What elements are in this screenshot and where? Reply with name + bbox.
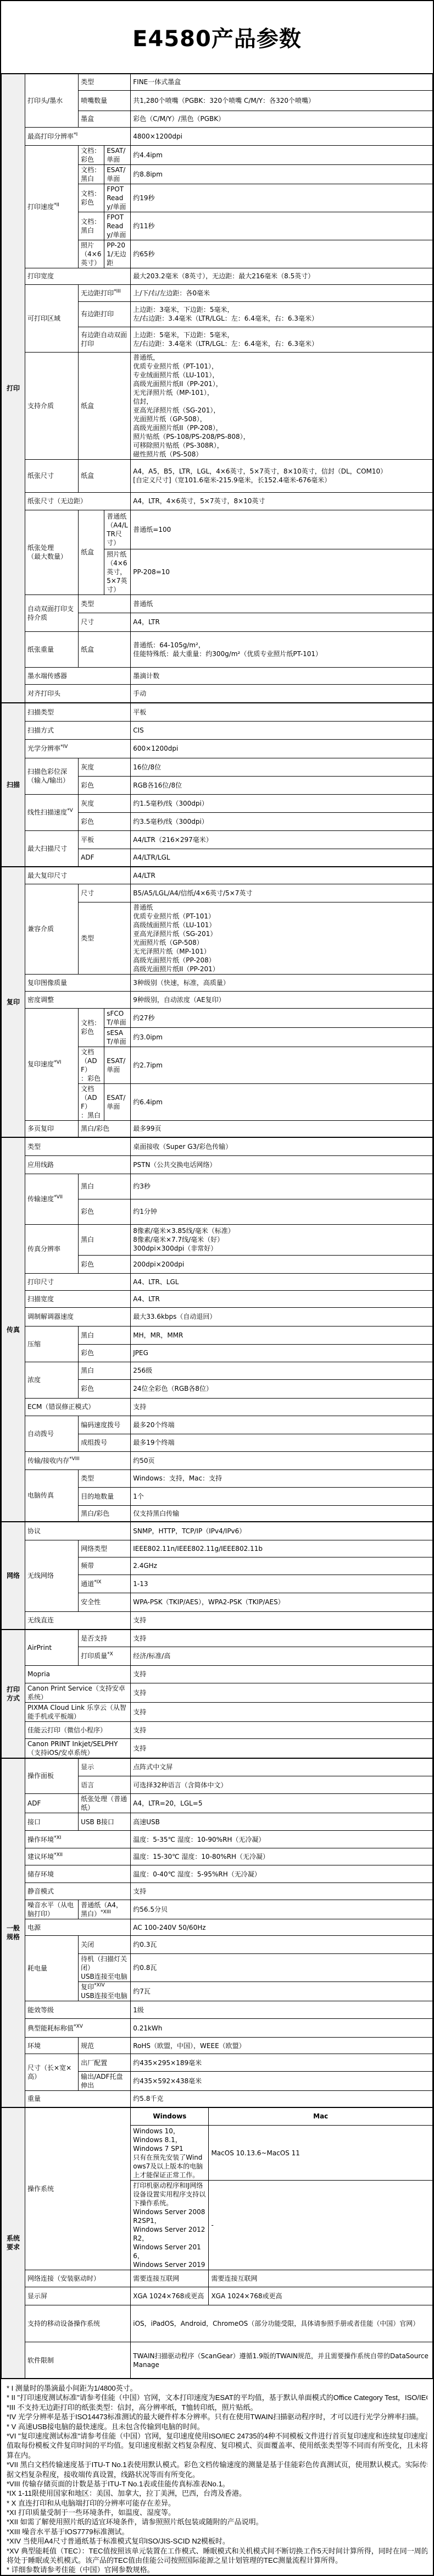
- spec-value-cell: 普通纸 优质专业照片纸（PT-101） 高级绒面照片纸（LU-101） 亚高光泽…: [131, 902, 433, 974]
- spec-label-cell: 纸张处理（普通纸）: [79, 1794, 131, 1813]
- spec-value-cell: 0.21kWh: [131, 2019, 433, 2038]
- spec-label-cell: 尺寸（长×宽×高）: [25, 2054, 79, 2091]
- spec-label-cell: 自动拨号: [25, 1416, 79, 1451]
- spec-label-cell: 彩色: [79, 1379, 131, 1398]
- table-row: 网络协议SNMP，HTTP，TCP/IP（IPv4/IPv6）: [2, 1522, 433, 1540]
- spec-value-cell: 桌面接收（Super G3/彩色传输）: [131, 1137, 433, 1155]
- spec-label-cell: ESAT/单面: [104, 1047, 131, 1083]
- table-row: 多页复印黑白/彩色最多99页: [2, 1120, 433, 1137]
- spec-label-cell: 网络连接（安装驱动时）: [25, 2270, 131, 2287]
- spec-label-cell: 传输速度*VII: [25, 1174, 79, 1224]
- spec-value-cell: 约3.5毫秒/线（300dpi）: [131, 812, 433, 830]
- spec-label-cell: 打印头/墨水: [25, 74, 79, 127]
- table-row: 密度调整9种级别，自动浓度（AE复印）: [2, 991, 433, 1008]
- spec-label-cell: 尺寸: [79, 613, 131, 631]
- footnote-line: *VII 黑白文档传输速度基于ITU-T No.1表使用默认模式。彩色文档传输速…: [7, 2460, 427, 2469]
- spec-value-cell: 彩色（C/M/Y）/黑色（PGBK）: [131, 111, 433, 127]
- spec-value-cell: SNMP，HTTP，TCP/IP（IPv4/IPv6）: [131, 1522, 433, 1540]
- spec-label-cell: 黑白: [79, 1174, 131, 1199]
- spec-label-cell: 类型: [79, 902, 131, 974]
- table-row: 一般规格操作面板显示点阵式中文屏: [2, 1758, 433, 1776]
- spec-value-cell: 共1,280个喷嘴（PGBK：320个喷嘴 C/M/Y：各320个喷嘴）: [131, 90, 433, 111]
- category-cell: 扫描: [2, 703, 25, 867]
- footnote-line: 算在内。: [7, 2451, 427, 2460]
- spec-label-cell: 复印图像质量: [25, 974, 131, 991]
- spec-label-cell: 压缩: [25, 1326, 79, 1362]
- spec-label-cell: 接口: [25, 1813, 79, 1831]
- footnote-marker: *XIII: [101, 1909, 111, 1915]
- footnote-line: 据文档复杂程度，接收端传真设置，线路状况等而有所变化。: [7, 2470, 427, 2479]
- spec-value-cell: -: [209, 2181, 433, 2270]
- spec-label-cell: 纸盒: [79, 459, 131, 492]
- table-row: 网络连接（安装驱动时）需要连接互联网需要连接互联网: [2, 2270, 433, 2287]
- table-row: 支持介质纸盒普通纸， 优质专业照片纸（PT-101）， 专业绒面照片纸（LU-1…: [2, 352, 433, 459]
- spec-value-cell: iOS，iPadOS，Android，ChromeOS（部分功能受限，具体请参照…: [131, 2305, 433, 2342]
- table-row: 应用线路PSTN（公共交换电话网络）: [2, 1155, 433, 1174]
- spec-value-cell: 约4.4ipm: [131, 145, 433, 164]
- footnote-line: *XI 打印质量受制于一些环境条件，如温度、湿度等。: [7, 2508, 427, 2517]
- footnote-marker: *XV: [74, 2024, 83, 2029]
- spec-label-cell: 尺寸: [79, 884, 131, 902]
- spec-value-cell: A4/LTR（216×297毫米）: [131, 830, 433, 849]
- footnote-marker: *VI: [54, 1060, 61, 1065]
- table-row: 建议环境*XII温度：15-30℃ 湿度：10-80%RH（无冷凝）: [2, 1848, 433, 1865]
- category-cell: 系统要求: [2, 2107, 25, 2379]
- spec-sheet-page: E4580产品参数 打印打印头/墨水类型FINE一体式墨盒喷嘴数量共1,280个…: [0, 0, 434, 2576]
- spec-label-cell: 复印速度*VI: [25, 1008, 79, 1120]
- spec-value-cell: 约3秒: [131, 1174, 433, 1199]
- spec-label-cell: USB B接口: [79, 1813, 131, 1831]
- spec-label-cell: 纸盒: [79, 352, 131, 459]
- spec-value-cell: 支持: [131, 1721, 433, 1738]
- footnote-line: * II "打印速度测试标准"请参考佳能（中国）官网，文本打印速度为ESAT的平…: [7, 2393, 427, 2402]
- table-row: 纸张尺寸纸盒A4，A5，B5，LTR，LGL，4×6英寸，5×7英寸，8×10英…: [2, 459, 433, 492]
- spec-value-cell: 上/下/右/左边距：各0毫米: [131, 284, 433, 301]
- spec-label-cell: 黑白: [79, 1362, 131, 1379]
- footnote-line: *III 不支持无边距打印的纸张类型：信封，高分辨率纸，T恤转印纸，照片贴纸。: [7, 2403, 427, 2412]
- spec-label-cell: 安全性: [79, 1593, 131, 1611]
- spec-label-cell: 可打印区域: [25, 284, 79, 352]
- spec-value-cell: 最大33.6kbps（自动退回）: [131, 1307, 433, 1326]
- footnote-marker: *IV: [60, 744, 68, 750]
- spec-label-cell: 传真分辨率: [25, 1224, 79, 1273]
- spec-label-cell: 电源: [25, 1919, 131, 1936]
- spec-value-cell: 约65秒: [131, 240, 433, 268]
- table-row: 环境规范RoHS（欧盟，中国），WEEE（欧盟）: [2, 2038, 433, 2054]
- spec-value-cell: 1-13: [131, 1575, 433, 1593]
- spec-label-cell: 打印尺寸: [25, 1273, 131, 1290]
- spec-label-cell: 类型: [79, 595, 131, 613]
- footnote-line: * 详细参数请参考佳能（中国）官网参数规格。: [7, 2565, 427, 2574]
- spec-label-cell: 无边距打印*III: [79, 284, 131, 301]
- spec-value-cell: B5/A5/LGL/A4/信纸/4×6英寸/5×7英寸: [131, 884, 433, 902]
- spec-value-cell: 温度：15-30℃ 湿度：10-80%RH（无冷凝）: [131, 1848, 433, 1865]
- spec-value-cell: 256级: [131, 1362, 433, 1379]
- footnote-line: * X 直连打印和从电脑端打印的分辨率可能存在差异。: [7, 2498, 427, 2508]
- spec-label-cell: 打印宽度: [25, 268, 131, 284]
- spec-label-cell: Canon Print Service（支持安卓系统）: [25, 1683, 131, 1702]
- spec-value-cell: 约11秒: [131, 212, 433, 240]
- spec-value-cell: 最多19个终端: [131, 1434, 433, 1451]
- table-row: 电脑传真类型Windows：支持，Mac：支持: [2, 1469, 433, 1487]
- table-row: PIXMA Cloud Link 乐享云（从智能手机或平板端）支持: [2, 1702, 433, 1721]
- table-row: 操作环境*XI温度：5-35℃ 湿度：10-90%RH（无冷凝）: [2, 1831, 433, 1848]
- spec-value-cell: PSTN（公共交换电话网络）: [131, 1155, 433, 1174]
- spec-value-cell: 支持: [131, 1702, 433, 1721]
- spec-label-cell: 自动双面打印支持介质: [25, 595, 79, 631]
- spec-label-cell: 扫描宽度: [25, 1290, 131, 1307]
- footnote-line: *VI "复印速度测试标准"请参考佳能（中国）官网，复印速度使用ISO/IEC …: [7, 2431, 427, 2441]
- spec-label-cell: 重量: [25, 2091, 131, 2107]
- table-row: 接口USB B接口高速USB: [2, 1813, 433, 1831]
- spec-label-cell: 规范: [79, 2038, 131, 2054]
- spec-value-cell: 约50页: [131, 1451, 433, 1469]
- spec-label-cell: 典型能耗标称值*XV: [25, 2019, 131, 2038]
- spec-value-cell: AC 100-240V 50/60Hz: [131, 1919, 433, 1936]
- spec-value-cell: 支持: [131, 1683, 433, 1702]
- spec-value-cell: 最多20个终端: [131, 1416, 433, 1434]
- spec-label-cell: 扫描类型: [25, 703, 131, 721]
- spec-value-cell: 3种级别（快速，标准，高质量）: [131, 974, 433, 991]
- spec-label-cell: 显示: [79, 1758, 131, 1776]
- table-row: 无线网络网络类型IEEE802.11n/IEEE802.11g/IEEE802.…: [2, 1540, 433, 1557]
- spec-label-cell: ADF: [79, 849, 131, 867]
- table-row: 可打印区域无边距打印*III上/下/右/左边距：各0毫米: [2, 284, 433, 301]
- spec-label-cell: 输出/ADF托盘伸出: [79, 2072, 131, 2091]
- spec-label-cell: 普通纸 （A4/LTR尺寸）: [104, 510, 131, 549]
- table-row: 软件限制TWAIN扫描驱动程序（ScanGear）遵循1.9版的TWAIN规范，…: [2, 2342, 433, 2379]
- spec-label-cell: 线性扫描速度*V: [25, 794, 79, 830]
- footnote-line: 将处于睡眠或关机模式。该产品的TEC值由佳能公司按照国际能源之星计划管理的TEC…: [7, 2556, 427, 2565]
- spec-label-cell: Canon PRINT Inkjet/SELPHY （支持iOS/安卓系统）: [25, 1738, 131, 1758]
- spec-value-cell: CIS: [131, 721, 433, 739]
- spec-label-cell: 扫描方式: [25, 721, 131, 739]
- table-row: 复印图像质量3种级别（快速，标准，高质量）: [2, 974, 433, 991]
- table-row: 无线直连支持: [2, 1611, 433, 1630]
- spec-value-cell: 8像素/毫米×3.85线/毫米（标准） 8像素/毫米×7.7线/毫米（好） 30…: [131, 1224, 433, 1255]
- spec-label-cell: 照片纸（4×6英寸，5×7英寸）: [104, 549, 131, 595]
- spec-label-cell: 静音模式: [25, 1883, 131, 1900]
- spec-label-cell: 语言: [79, 1776, 131, 1794]
- spec-label-cell: ECM（错误修正模式）: [25, 1398, 131, 1416]
- spec-label-cell: 协议: [25, 1522, 131, 1540]
- spec-value-cell: RGB各16位/8位: [131, 776, 433, 794]
- table-row: 重量约5.8千克: [2, 2091, 433, 2107]
- table-row: 纸张重量纸盒普通纸：64-105g/m²， 佳能特殊纸：最大重量：约300g/m…: [2, 631, 433, 667]
- spec-label-cell: 最大扫描尺寸: [25, 830, 79, 867]
- spec-label-cell: 操作系统: [25, 2107, 131, 2270]
- spec-value-cell: 支持: [131, 1738, 433, 1758]
- spec-value-cell: FINE一体式墨盒: [131, 74, 433, 90]
- spec-value-cell: 约1分钟: [131, 1199, 433, 1224]
- spec-value-cell: 约1.5毫秒/线（300dpi）: [131, 794, 433, 812]
- spec-label-cell: 多页复印: [25, 1120, 79, 1137]
- spec-label-cell: sFCOT/单面: [104, 1008, 131, 1027]
- table-row: 传真类型桌面接收（Super G3/彩色传输）: [2, 1137, 433, 1155]
- spec-value-cell: 约3.0ipm: [131, 1027, 433, 1047]
- spec-label-cell: Windows 10， Windows 8.1， Windows 7 SP1 只…: [131, 2126, 209, 2181]
- spec-label-cell: 彩色: [79, 1199, 131, 1224]
- spec-value-cell: 支持: [131, 1398, 433, 1416]
- spec-label-cell: 最高打印分辨率*I: [25, 127, 131, 145]
- category-cell: 网络: [2, 1522, 25, 1630]
- spec-label-cell: 普通纸（A4，黑白）*XIII: [79, 1900, 131, 1919]
- os-header-cell: Windows: [131, 2107, 209, 2126]
- spec-value-cell: 约6.4ipm: [131, 1083, 433, 1120]
- spec-value-cell: A4、LTR、LGL: [131, 1273, 433, 1290]
- table-row: 尺寸（长×宽×高）出厂配置约435×295×189毫米: [2, 2054, 433, 2072]
- spec-label-cell: 彩色: [79, 776, 131, 794]
- table-row: 系统要求操作系统WindowsMac: [2, 2107, 433, 2126]
- table-row: 典型能耗标称值*XV0.21kWh: [2, 2019, 433, 2038]
- spec-label-cell: 需要连接互联网: [131, 2270, 209, 2287]
- table-row: ADF纸张处理（普通纸）A4，LTR=20，LGL=5: [2, 1794, 433, 1813]
- footnote-marker: *XIV: [94, 1983, 104, 1988]
- spec-label-cell: 能效等级: [25, 2001, 131, 2019]
- table-row: 最大扫描尺寸平板A4/LTR（216×297毫米）: [2, 830, 433, 849]
- spec-value-cell: A4，LTR，4×6英寸，5×7英寸，8×10英寸: [131, 492, 433, 510]
- spec-label-cell: 显示屏: [25, 2287, 131, 2305]
- footnote-line: *VIII 传输存储页面的计数是基于ITU-T No.1表或佳能传真标准表No.…: [7, 2479, 427, 2489]
- spec-label-cell: PP-201/无边距: [104, 240, 131, 268]
- spec-value-cell: 约19秒: [131, 184, 433, 212]
- spec-value-cell: 温度：5-35℃ 湿度：10-90%RH（无冷凝）: [131, 1831, 433, 1848]
- footnote-marker: *IX: [94, 1579, 101, 1585]
- spec-label-cell: 编码速度拨号: [79, 1416, 131, 1434]
- spec-label-cell: 待机（扫描灯关闭） USB连接至电脑: [79, 1954, 131, 1982]
- spec-label-cell: 类型: [79, 1469, 131, 1487]
- table-row: 墨水端传感器墨滴计数: [2, 667, 433, 684]
- table-row: 扫描色彩位深 （输入/输出）灰度16位/8位: [2, 758, 433, 776]
- table-row: 打印速度*II文档：彩色ESAT/单面约4.4ipm: [2, 145, 433, 164]
- spec-label-cell: sESAT/单面: [104, 1027, 131, 1047]
- table-row: ECM（错误修正模式）支持: [2, 1398, 433, 1416]
- spec-label-cell: 支持介质: [25, 352, 79, 459]
- spec-value-cell: 仅支持黑白传输: [131, 1505, 433, 1522]
- spec-label-cell: 照片（4×6英寸）: [79, 240, 104, 268]
- spec-value-cell: 支持: [131, 1630, 433, 1647]
- spec-value-cell: 约56.5分贝: [131, 1900, 433, 1919]
- spec-value-cell: 点阵式中文屏: [131, 1758, 433, 1776]
- spec-label-cell: 无线网络: [25, 1540, 79, 1611]
- spec-label-cell: 喷嘴数量: [79, 90, 131, 111]
- spec-value-cell: A4/LTR/LGL: [131, 849, 433, 867]
- spec-label-cell: 复印*XIV USB连接至电脑: [79, 1982, 131, 2001]
- footnote-marker: *X: [107, 1652, 113, 1657]
- spec-label-cell: 纸张重量: [25, 631, 79, 667]
- spec-value-cell: 支持: [131, 1665, 433, 1683]
- footnote-marker: *III: [114, 289, 120, 294]
- spec-value-cell: MacOS 10.13.6~MacOS 11: [209, 2126, 433, 2181]
- footnote-line: *IV 光学分辨率是基于ISO14473标准测试的最大硬件样本分辨率。只有在使用…: [7, 2412, 427, 2421]
- spec-value-cell: 约7瓦: [131, 1982, 433, 2001]
- spec-label-cell: 文档：彩色: [79, 184, 104, 212]
- spec-value-cell: 约5.8千克: [131, 2091, 433, 2107]
- spec-value-cell: 支持: [131, 1611, 433, 1630]
- spec-value-cell: 约0.8瓦: [131, 1954, 433, 1982]
- spec-label-cell: 出厂配置: [79, 2054, 131, 2072]
- table-row: 光学分辨率*IV600×1200dpi: [2, 739, 433, 758]
- table-row: 对齐打印头手动: [2, 684, 433, 703]
- table-row: 自动双面打印支持介质类型普通纸: [2, 595, 433, 613]
- spec-label-cell: 文档：彩色: [79, 145, 104, 164]
- table-row: Canon Print Service（支持安卓系统）支持: [2, 1683, 433, 1702]
- spec-label-cell: 目的地数量: [79, 1487, 131, 1505]
- spec-label-cell: 纸张处理 （最大数量）: [25, 510, 79, 595]
- table-row: Mopria支持: [2, 1665, 433, 1683]
- spec-value-cell: 手动: [131, 684, 433, 703]
- os-header-cell: Mac: [209, 2107, 433, 2126]
- footnote-line: * V 高速USB接电脑的最快速度。且未包含传输到电脑的时间。: [7, 2422, 427, 2431]
- spec-label-cell: 操作面板: [25, 1758, 79, 1794]
- spec-label-cell: 墨水端传感器: [25, 667, 131, 684]
- table-row: 自动拨号编码速度拨号最多20个终端: [2, 1416, 433, 1434]
- table-row: 电源AC 100-240V 50/60Hz: [2, 1919, 433, 1936]
- spec-value-cell: 经济/标准/高: [131, 1647, 433, 1665]
- spec-label-cell: 有边距自动双面打印: [79, 327, 131, 352]
- table-row: 扫描宽度A4、LTR: [2, 1290, 433, 1307]
- spec-label-cell: 灰度: [79, 758, 131, 776]
- footnote-line: 值取每份模板文件复印时间的平均值。复印速度根据文档复杂程度、复印模式、页面覆盖率…: [7, 2441, 427, 2450]
- spec-value-cell: Windows：支持，Mac：支持: [131, 1469, 433, 1487]
- footnote-line: *XIII 噪音水平基于IOS7779标准测试。: [7, 2527, 427, 2536]
- spec-label-cell: 有边距打印: [79, 301, 131, 327]
- spec-label-cell: Mopria: [25, 1665, 131, 1683]
- spec-label-cell: 扫描色彩位深 （输入/输出）: [25, 758, 79, 794]
- spec-label-cell: 最大复印尺寸: [25, 867, 131, 884]
- spec-label-cell: 操作环境*XI: [25, 1831, 131, 1848]
- category-cell: 打印方式: [2, 1630, 25, 1758]
- footnote-marker: *I: [74, 132, 77, 137]
- spec-label-cell: ESAT/单面: [104, 1083, 131, 1120]
- spec-label-cell: ESAT/单面: [104, 145, 131, 164]
- spec-label-cell: 兼容介质: [25, 884, 79, 974]
- spec-label-cell: 噪音水平（从电脑打印）: [25, 1900, 79, 1919]
- spec-value-cell: MH，MR，MMR: [131, 1326, 433, 1344]
- spec-label-cell: 打印质量*X: [79, 1647, 131, 1665]
- table-row: 传输/接收内存*VIII约50页: [2, 1451, 433, 1469]
- spec-value-cell: 约435×295×189毫米: [131, 2054, 433, 2072]
- spec-label-cell: ADF: [25, 1794, 79, 1813]
- spec-label-cell: ESAT/单面: [104, 164, 131, 184]
- spec-label-cell: XGA 1024×768或更高: [131, 2287, 209, 2305]
- spec-label-cell: 关闭: [79, 1936, 131, 1954]
- spec-value-cell: 约27秒: [131, 1008, 433, 1027]
- spec-value-cell: 墨滴计数: [131, 667, 433, 684]
- table-row: 打印宽度最大203.2毫米（8英寸），无边距：最大216毫米（8.5英寸）: [2, 268, 433, 284]
- spec-value-cell: WPA-PSK（TKIP/AES），WPA2-PSK（TKIP/AES）: [131, 1593, 433, 1611]
- spec-label-cell: 软件限制: [25, 2342, 131, 2379]
- category-cell: 一般规格: [2, 1758, 25, 2107]
- spec-value-cell: RoHS（欧盟，中国），WEEE（欧盟）: [131, 2038, 433, 2054]
- spec-value-cell: 上边距：5毫米，下边距：5毫米， 左/右边距：3.4毫米（LTR/LGL：左：6…: [131, 327, 433, 352]
- spec-value-cell: JPEG: [131, 1344, 433, 1362]
- table-row: 打印尺寸A4、LTR、LGL: [2, 1273, 433, 1290]
- table-row: 储存环境温度：0-40℃ 湿度：5-95%RH（无冷凝）: [2, 1865, 433, 1883]
- spec-value-cell: 200dpi×200dpi: [131, 1255, 433, 1273]
- spec-value-cell: 24位全彩色（RGB各8位）: [131, 1379, 433, 1398]
- table-row: 复印最大复印尺寸A4/LTR: [2, 867, 433, 884]
- spec-label-cell: 文档：彩色: [79, 1008, 104, 1047]
- spec-label-cell: 打印速度*II: [25, 145, 79, 268]
- category-cell: 打印: [2, 74, 25, 703]
- spec-value-cell: 16位/8位: [131, 758, 433, 776]
- spec-value-cell: XGA 1024×768或更高: [209, 2287, 433, 2305]
- spec-value-cell: 需要连接互联网: [209, 2270, 433, 2287]
- spec-label-cell: 电脑传真: [25, 1469, 79, 1522]
- table-row: 扫描方式CIS: [2, 721, 433, 739]
- spec-label-cell: 传输/接收内存*VIII: [25, 1451, 131, 1469]
- footnote-line: * I 测量时的墨滴最小间距为1/4800英寸。: [7, 2384, 427, 2393]
- spec-label-cell: 通道*IX: [79, 1575, 131, 1593]
- spec-label-cell: 彩色: [79, 1344, 131, 1362]
- spec-label-cell: 密度调整: [25, 991, 131, 1008]
- spec-label-cell: 纸张尺寸: [25, 459, 79, 492]
- spec-label-cell: 文档：黑白: [79, 164, 104, 184]
- footnote-marker: *V: [67, 808, 73, 813]
- table-row: 扫描扫描类型平板: [2, 703, 433, 721]
- spec-label-cell: 纸盒: [79, 510, 104, 595]
- spec-label-cell: 浓度: [25, 1362, 79, 1398]
- spec-value-cell: 平板: [131, 703, 433, 721]
- spec-value-cell: 600×1200dpi: [131, 739, 433, 758]
- spec-label-cell: 文档：黑白: [79, 212, 104, 240]
- spec-label-cell: 耗电量: [25, 1936, 79, 2001]
- spec-value-cell: A4，LTR=20，LGL=5: [131, 1794, 433, 1813]
- spec-label-cell: 灰度: [79, 794, 131, 812]
- footnote-line: *XV 典型能耗值（TEC）：TEC值按照该单元装置在工作模式、睡眠模式和关机模…: [7, 2546, 427, 2556]
- spec-label-cell: 环境: [25, 2038, 79, 2054]
- table-row: Canon PRINT Inkjet/SELPHY （支持iOS/安卓系统）支持: [2, 1738, 433, 1758]
- spec-value-cell: 约0.3瓦: [131, 1936, 433, 1954]
- spec-value-cell: 普通纸：64-105g/m²， 佳能特殊纸：最大重量：约300g/m²（优质专业…: [131, 631, 433, 667]
- spec-label-cell: 黑白: [79, 1224, 131, 1255]
- table-row: 静音模式支持: [2, 1883, 433, 1900]
- spec-label-cell: FPOT Ready/单面: [104, 212, 131, 240]
- spec-value-cell: 普通纸=100: [131, 510, 433, 549]
- spec-value-cell: A4，LTR: [131, 613, 433, 631]
- footnote-marker: *VIII: [69, 1456, 80, 1462]
- spec-label-cell: 应用线路: [25, 1155, 131, 1174]
- category-cell: 传真: [2, 1137, 25, 1522]
- spec-value-cell: 最大203.2毫米（8英寸），无边距：最大216毫米（8.5英寸）: [131, 268, 433, 284]
- spec-label-cell: 彩色: [79, 1255, 131, 1273]
- spec-label-cell: 光学分辨率*IV: [25, 739, 131, 758]
- page-title: E4580产品参数: [1, 1, 433, 73]
- spec-label-cell: 纸盒: [79, 631, 131, 667]
- spec-label-cell: 支持的移动设备操作系统: [25, 2305, 131, 2342]
- spec-value-cell: PP-208=10: [131, 549, 433, 595]
- table-row: 调制解调器速度最大33.6kbps（自动退回）: [2, 1307, 433, 1326]
- spec-value-cell: A4，A5，B5，LTR，LGL，4×6英寸，5×7英寸，8×10英寸，信封（D…: [131, 459, 433, 492]
- spec-value-cell: 高速USB: [131, 1813, 433, 1831]
- table-row: 复印速度*VI文档：彩色sFCOT/单面约27秒: [2, 1008, 433, 1027]
- category-cell: 复印: [2, 867, 25, 1137]
- table-row: 兼容介质尺寸B5/A5/LGL/A4/信纸/4×6英寸/5×7英寸: [2, 884, 433, 902]
- spec-label-cell: 调制解调器速度: [25, 1307, 131, 1326]
- table-row: 纸张处理 （最大数量）纸盒普通纸 （A4/LTR尺寸）普通纸=100: [2, 510, 433, 549]
- spec-value-cell: IEEE802.11n/IEEE802.11g/IEEE802.11b: [131, 1540, 433, 1557]
- spec-label-cell: 文档（ADF） ：彩色: [79, 1047, 104, 1083]
- table-row: 支持的移动设备操作系统iOS，iPadOS，Android，ChromeOS（部…: [2, 2305, 433, 2342]
- spec-label-cell: 纸张尺寸（无边距）: [25, 492, 131, 510]
- spec-value-cell: 约2.7ipm: [131, 1047, 433, 1083]
- spec-label-cell: 成组拨号: [79, 1434, 131, 1451]
- table-row: 线性扫描速度*V灰度约1.5毫秒/线（300dpi）: [2, 794, 433, 812]
- table-row: 显示屏XGA 1024×768或更高XGA 1024×768或更高: [2, 2287, 433, 2305]
- footnote-line: *XIV 当使用A4尺寸普通纸基于标准模式复印ISO/JIS-SCID N2模板…: [7, 2536, 427, 2546]
- spec-label-cell: 黑白/彩色: [79, 1505, 131, 1522]
